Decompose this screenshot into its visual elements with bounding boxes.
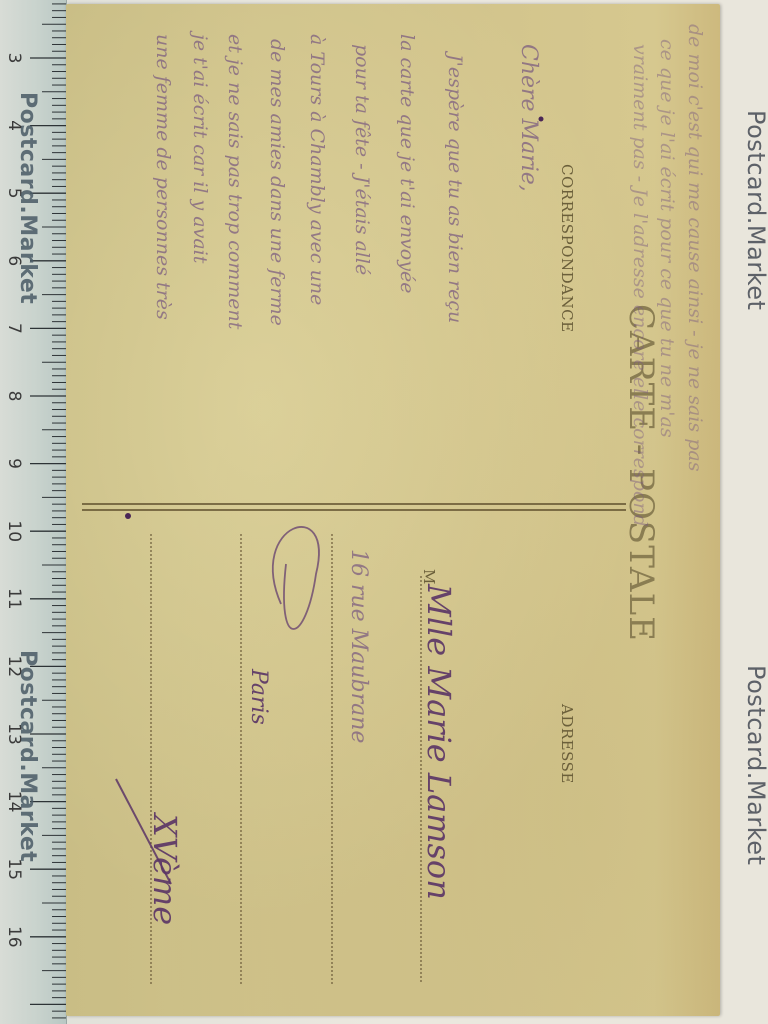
message-line: de mes amies dans une ferme (266, 39, 288, 326)
printed-address-label: ADRESSE (558, 704, 576, 784)
address-line-name: Mlle Marie Lamson (420, 584, 458, 900)
message-line: et je ne sais pas trop comment (224, 34, 246, 329)
address-line-district: XVème (146, 814, 184, 925)
message-line: de moi c'est qui me cause ainsi - je ne … (684, 24, 706, 471)
svg-text:11: 11 (4, 588, 24, 610)
svg-text:8: 8 (4, 391, 24, 402)
right-watermark-bottom: Postcard.Market (742, 665, 768, 865)
message-line: je t'ai écrit car il y avait (189, 34, 211, 263)
message-line: vraiment pas - Je l'adresse encore elle … (629, 44, 651, 527)
svg-text:9: 9 (4, 458, 24, 469)
message-salutation: Chère Marie, (516, 44, 541, 192)
message-line: ce que je l'ai écrit pour ce que tu ne m… (656, 39, 678, 438)
printed-correspondence-label: CORRESPONDANCE (558, 164, 576, 333)
address-line-street: 16 rue Maubrane (346, 549, 371, 743)
svg-text:10: 10 (4, 520, 24, 542)
message-line: pour ta fête - J'étais allé (351, 44, 373, 275)
svg-text:16: 16 (4, 926, 24, 948)
message-line: à Tours à Chambly avec une (306, 34, 328, 305)
message-line: J'espère que tu as bien reçu (444, 54, 466, 323)
svg-text:3: 3 (4, 53, 24, 64)
postcard-back: CARTE - POSTALE CORRESPONDANCE ADRESSE M… (66, 4, 720, 1016)
message-line: une femme de personnes très (152, 34, 174, 320)
ruler-watermark-bottom: Postcard.Market (15, 650, 40, 862)
right-watermark-top: Postcard.Market (742, 110, 768, 310)
message-line: la carte que je t'ai envoyée (396, 34, 418, 293)
ruler-watermark-top: Postcard.Market (15, 92, 40, 304)
address-line-city: Paris (246, 669, 271, 725)
printed-address-prefix: M (420, 569, 438, 585)
svg-text:7: 7 (4, 323, 24, 334)
measuring-ruler: 345678910111213141516 Postcard.Market Po… (0, 0, 67, 1024)
